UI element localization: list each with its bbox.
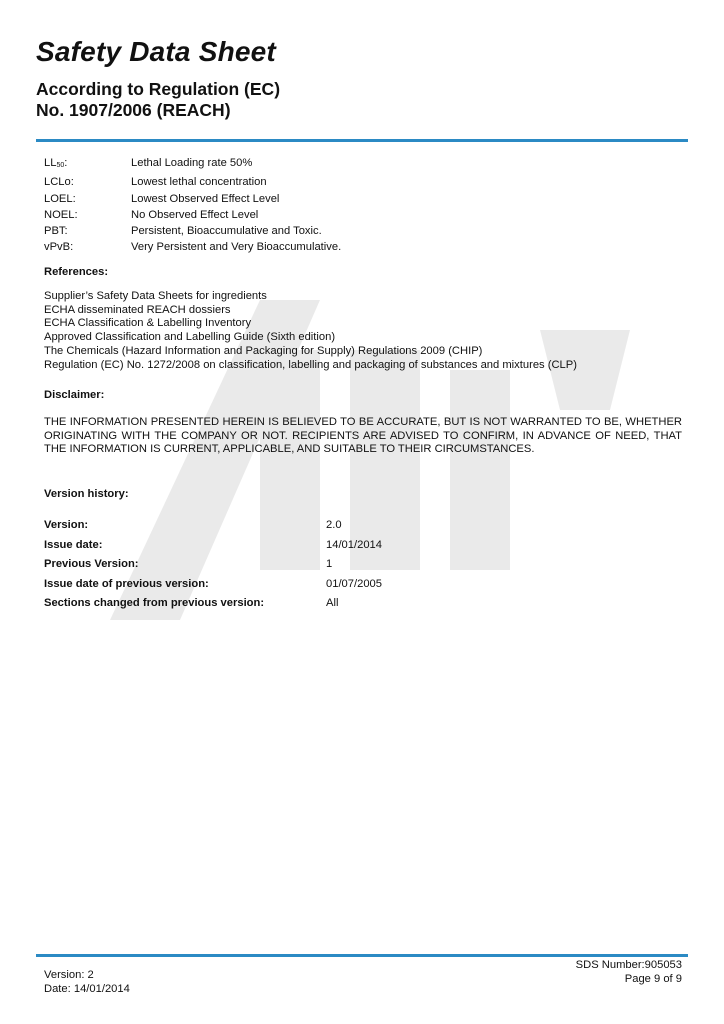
version-history-value: 2.0 <box>326 516 342 536</box>
page-title: Safety Data Sheet <box>36 36 276 68</box>
abbreviation-definition: Lethal Loading rate 50% <box>131 155 252 174</box>
subtitle-line-2: No. 1907/2006 (REACH) <box>36 100 280 121</box>
reference-item: The Chemicals (Hazard Information and Pa… <box>44 345 577 359</box>
abbreviation-definition: No Observed Effect Level <box>131 207 258 223</box>
abbreviation-term: LOEL: <box>44 191 131 207</box>
version-history-label: Issue date: <box>44 536 326 556</box>
version-history-value: All <box>326 594 338 614</box>
abbreviation-definition: Lowest Observed Effect Level <box>131 191 279 207</box>
version-history-row: Issue date of previous version:01/07/200… <box>44 575 382 595</box>
version-history-row: Version:2.0 <box>44 516 382 536</box>
abbreviation-term: LL50: <box>44 155 131 174</box>
disclaimer-heading: Disclaimer: <box>44 389 104 401</box>
abbreviation-row: vPvB:Very Persistent and Very Bioaccumul… <box>44 239 341 255</box>
version-history-value: 14/01/2014 <box>326 536 382 556</box>
header-rule <box>36 139 688 142</box>
abbreviation-row: LOEL:Lowest Observed Effect Level <box>44 191 341 207</box>
abbreviation-definition: Very Persistent and Very Bioaccumulative… <box>131 239 341 255</box>
abbreviation-row: LL50:Lethal Loading rate 50% <box>44 155 341 174</box>
version-history-table: Version:2.0Issue date:14/01/2014Previous… <box>44 516 382 614</box>
abbreviation-term: LCLo: <box>44 174 131 190</box>
subtitle-line-1: According to Regulation (EC) <box>36 79 280 100</box>
abbreviation-term: vPvB: <box>44 239 131 255</box>
footer-date: Date: 14/01/2014 <box>44 982 130 996</box>
references-list: Supplier’s Safety Data Sheets for ingred… <box>44 290 577 372</box>
footer-version: Version: 2 <box>44 968 130 982</box>
footer-rule <box>36 954 688 957</box>
version-history-label: Sections changed from previous version: <box>44 594 326 614</box>
reference-item: Supplier’s Safety Data Sheets for ingred… <box>44 290 577 304</box>
version-history-value: 1 <box>326 555 332 575</box>
reference-item: Regulation (EC) No. 1272/2008 on classif… <box>44 359 577 373</box>
abbreviation-row: PBT:Persistent, Bioaccumulative and Toxi… <box>44 223 341 239</box>
version-history-label: Issue date of previous version: <box>44 575 326 595</box>
footer-sds-number: SDS Number:905053 <box>576 958 682 972</box>
abbreviation-term: NOEL: <box>44 207 131 223</box>
version-history-row: Previous Version:1 <box>44 555 382 575</box>
footer-left: Version: 2 Date: 14/01/2014 <box>44 968 130 996</box>
abbreviation-row: LCLo:Lowest lethal concentration <box>44 174 341 190</box>
page-subtitle: According to Regulation (EC) No. 1907/20… <box>36 79 280 121</box>
abbreviation-definition: Lowest lethal concentration <box>131 174 267 190</box>
version-history-label: Version: <box>44 516 326 536</box>
references-heading: References: <box>44 266 108 278</box>
disclaimer-text: THE INFORMATION PRESENTED HEREIN IS BELI… <box>44 416 682 457</box>
reference-item: ECHA disseminated REACH dossiers <box>44 304 577 318</box>
footer-right: SDS Number:905053 Page 9 of 9 <box>576 958 682 986</box>
version-history-value: 01/07/2005 <box>326 575 382 595</box>
footer-page-number: Page 9 of 9 <box>576 972 682 986</box>
version-history-label: Previous Version: <box>44 555 326 575</box>
version-history-row: Sections changed from previous version:A… <box>44 594 382 614</box>
reference-item: ECHA Classification & Labelling Inventor… <box>44 317 577 331</box>
abbreviation-subscript: 50 <box>56 162 64 169</box>
version-history-row: Issue date:14/01/2014 <box>44 536 382 556</box>
abbreviation-row: NOEL:No Observed Effect Level <box>44 207 341 223</box>
abbreviation-definition: Persistent, Bioaccumulative and Toxic. <box>131 223 322 239</box>
abbreviation-list: LL50:Lethal Loading rate 50%LCLo:Lowest … <box>44 155 341 256</box>
reference-item: Approved Classification and Labelling Gu… <box>44 331 577 345</box>
abbreviation-term: PBT: <box>44 223 131 239</box>
version-history-heading: Version history: <box>44 488 129 500</box>
